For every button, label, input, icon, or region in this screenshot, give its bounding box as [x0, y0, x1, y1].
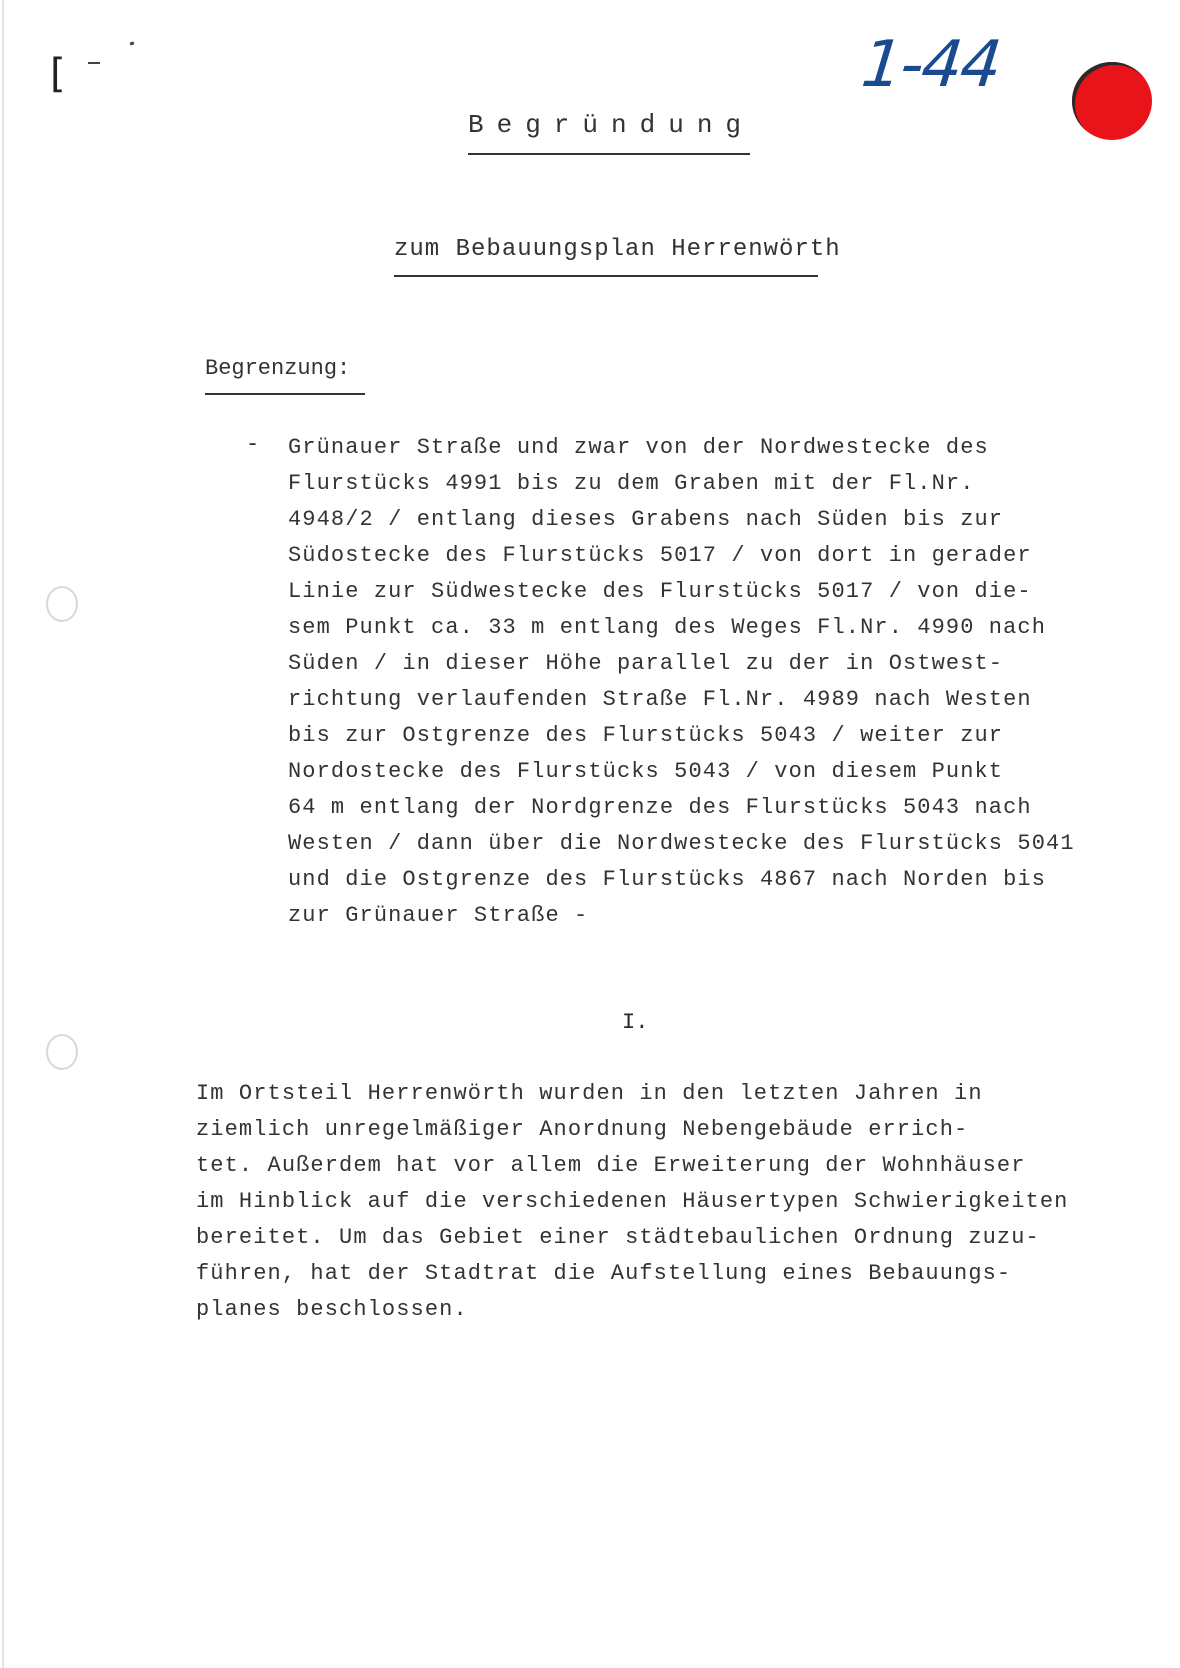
text-line: richtung verlaufenden Straße Fl.Nr. 4989…	[288, 682, 1075, 718]
text-line: Südostecke des Flurstücks 5017 / von dor…	[288, 538, 1075, 574]
document-subtitle: zum Bebauungsplan Herrenwörth	[394, 236, 841, 263]
text-line: sem Punkt ca. 33 m entlang des Weges Fl.…	[288, 610, 1075, 646]
text-line: 4948/2 / entlang dieses Grabens nach Süd…	[288, 502, 1075, 538]
red-marker-dot-icon	[1072, 62, 1152, 140]
text-line: führen, hat der Stadtrat die Aufstellung…	[196, 1256, 1068, 1292]
text-line: planes beschlossen.	[196, 1292, 1068, 1328]
margin-mark: [	[50, 54, 66, 94]
text-line: Im Ortsteil Herrenwörth wurden in den le…	[196, 1076, 1068, 1112]
text-line: Süden / in dieser Höhe parallel zu der i…	[288, 646, 1075, 682]
text-line: Flurstücks 4991 bis zu dem Graben mit de…	[288, 466, 1075, 502]
subtitle-underline	[394, 275, 818, 277]
boundary-description: Grünauer Straße und zwar von der Nordwes…	[288, 430, 1075, 934]
title-underline	[468, 153, 750, 155]
boundary-bullet: -	[246, 432, 259, 457]
document-title: Begründung	[468, 110, 754, 140]
punch-hole-icon	[46, 1034, 78, 1070]
boundary-heading-underline	[205, 393, 365, 395]
text-line: ziemlich unregelmäßiger Anordnung Nebeng…	[196, 1112, 1068, 1148]
text-line: tet. Außerdem hat vor allem die Erweiter…	[196, 1148, 1068, 1184]
handwritten-reference-number: 1-44	[858, 28, 1003, 102]
boundary-heading: Begrenzung:	[205, 356, 350, 381]
section-one-body: Im Ortsteil Herrenwörth wurden in den le…	[196, 1076, 1068, 1328]
text-line: Westen / dann über die Nordwestecke des …	[288, 826, 1075, 862]
margin-speck	[130, 41, 135, 45]
section-numeral: I.	[622, 1010, 648, 1035]
punch-hole-icon	[46, 586, 78, 622]
margin-dash	[88, 62, 100, 64]
text-line: im Hinblick auf die verschiedenen Häuser…	[196, 1184, 1068, 1220]
text-line: 64 m entlang der Nordgrenze des Flurstüc…	[288, 790, 1075, 826]
text-line: Nordostecke des Flurstücks 5043 / von di…	[288, 754, 1075, 790]
text-line: Linie zur Südwestecke des Flurstücks 501…	[288, 574, 1075, 610]
text-line: zur Grünauer Straße -	[288, 898, 1075, 934]
page-edge	[2, 0, 4, 1668]
text-line: bereitet. Um das Gebiet einer städtebaul…	[196, 1220, 1068, 1256]
text-line: Grünauer Straße und zwar von der Nordwes…	[288, 430, 1075, 466]
text-line: und die Ostgrenze des Flurstücks 4867 na…	[288, 862, 1075, 898]
text-line: bis zur Ostgrenze des Flurstücks 5043 / …	[288, 718, 1075, 754]
